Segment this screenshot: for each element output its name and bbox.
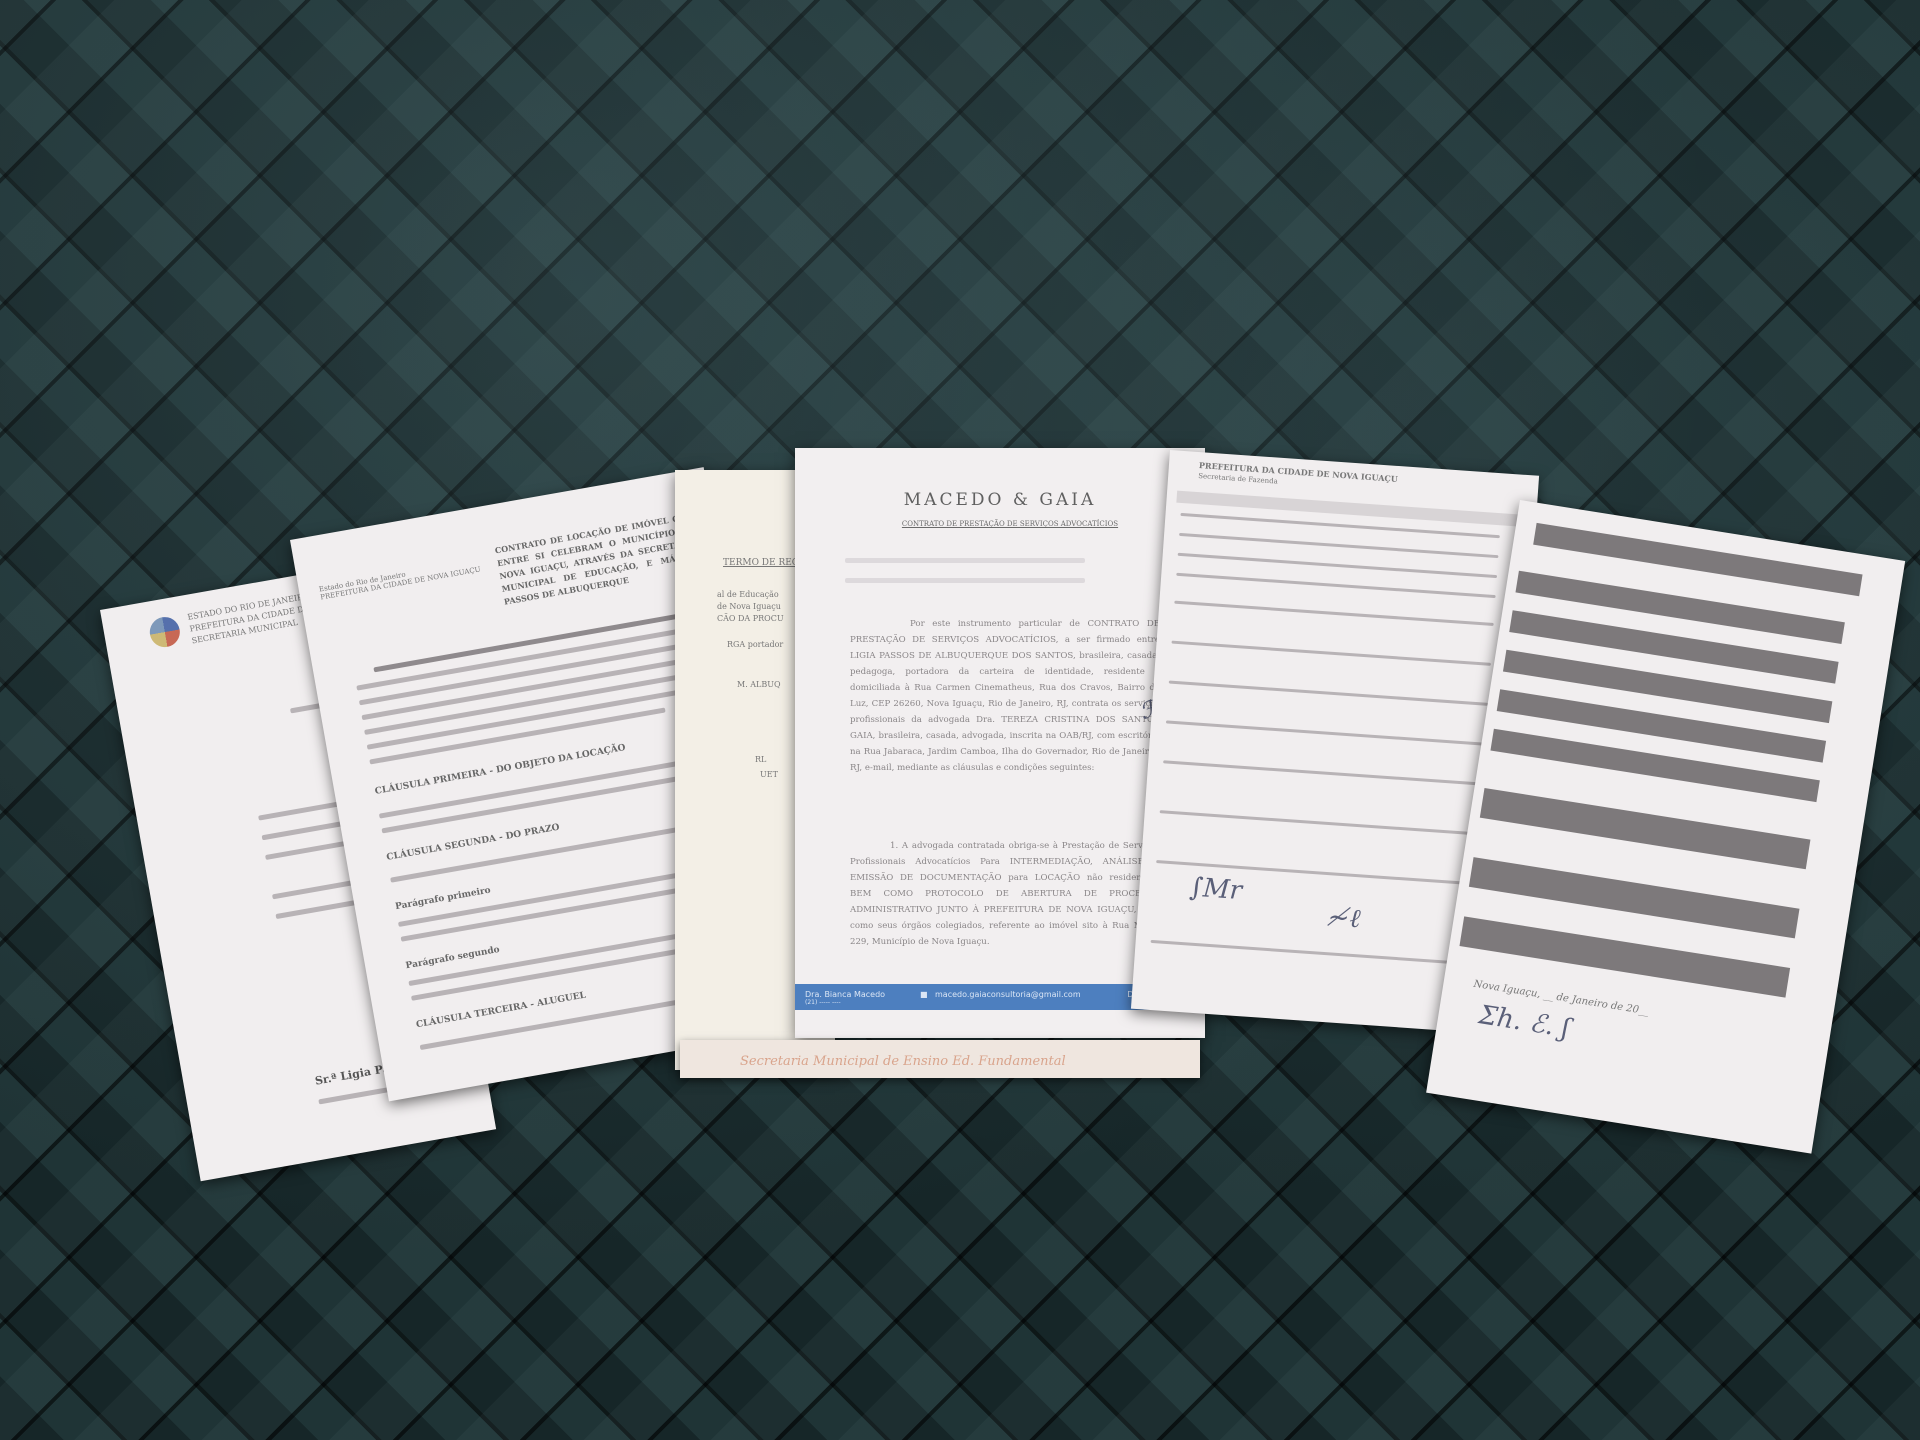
footer-left-name: Dra. Bianca Macedo [805, 990, 885, 999]
mail-icon: ■ [920, 990, 928, 999]
signature: ∫Mr [1188, 872, 1243, 906]
footer-email: macedo.gaiaconsultoria@gmail.com [935, 990, 1081, 999]
term-line: CÃO DA PROCU [717, 614, 784, 623]
term-title: TERMO DE REC [723, 558, 799, 568]
contract-paragraph: 1. A advogada contratada obriga-se à Pre… [850, 838, 1160, 950]
term-line: de Nova Iguaçu [717, 602, 781, 611]
signature: ≁ℓ [1327, 902, 1362, 934]
footer-left-phone: (21) ----- ---- [805, 999, 841, 1006]
contract-title: CONTRATO DE PRESTAÇÃO DE SERVIÇOS ADVOCA… [855, 520, 1165, 528]
contract-header: Estado do Rio de Janeiro PREFEITURA DA C… [318, 558, 481, 602]
term-line: al de Educação [717, 590, 779, 599]
term-line: M. ALBUQ [737, 680, 781, 689]
term-line: UET [760, 770, 778, 779]
signature: Ʃh. ℰ. ʃ [1477, 1000, 1572, 1044]
contract-title: CONTRATO DE LOCAÇÃO DE IMÓVEL QUE ENTRE … [494, 510, 702, 609]
term-line: RGA portador [727, 640, 783, 649]
handwritten-note: Secretaria Municipal de Ensino Ed. Funda… [740, 1054, 1066, 1069]
municipal-seal-icon [147, 615, 182, 650]
brand-logo: MACEDO & GAIA [795, 490, 1205, 510]
term-line: RL [755, 755, 766, 764]
bottom-document-strip: Secretaria Municipal de Ensino Ed. Funda… [680, 1040, 1200, 1078]
contract-paragraph: Por este instrumento particular de CONTR… [850, 616, 1160, 776]
